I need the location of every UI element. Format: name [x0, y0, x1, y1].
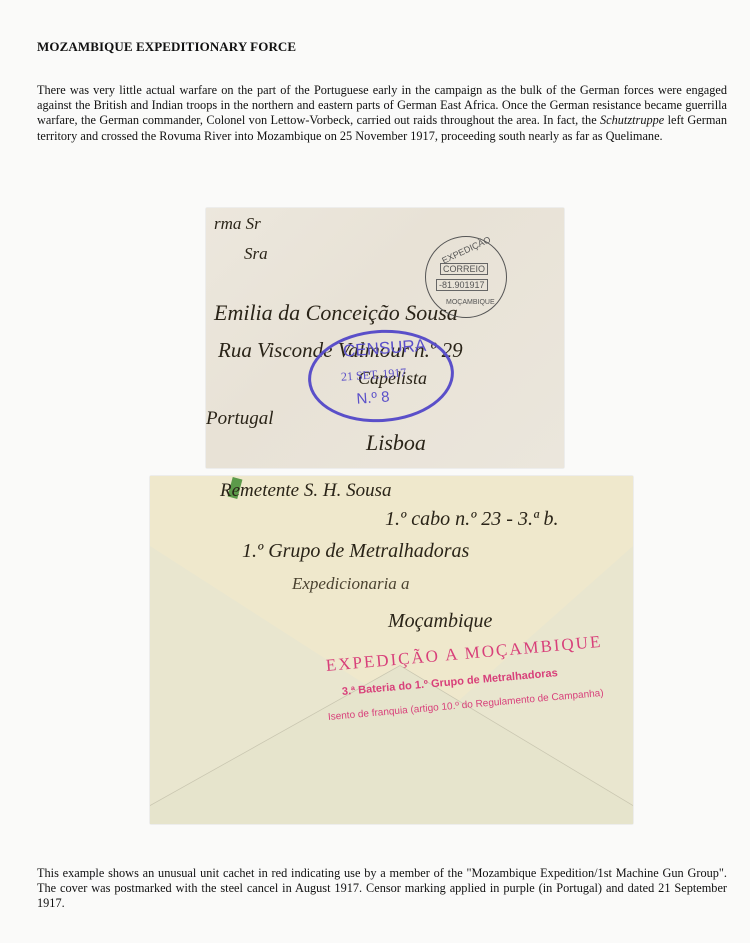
postmark-text: CORREIO: [440, 263, 488, 275]
handwriting-line: rma Sr: [214, 214, 261, 234]
page-title: MOZAMBIQUE EXPEDITIONARY FORCE: [37, 39, 296, 55]
caption-paragraph: This example shows an unusual unit cache…: [37, 866, 727, 912]
handwriting-line: Emilia da Conceição Sousa: [214, 300, 458, 326]
handwriting-line: Lisboa: [366, 430, 426, 456]
handwriting-line: Moçambique: [388, 610, 492, 633]
censor-number: N.º 8: [356, 388, 390, 407]
censor-text: CENSURA: [343, 336, 427, 362]
handwriting-line: Sra: [244, 244, 268, 264]
postmark-text: MOÇAMBIQUE: [446, 299, 495, 306]
handwriting-line: Expedicionaria a: [292, 574, 410, 594]
handwriting-line: 1.º cabo n.º 23 - 3.ª b.: [385, 508, 558, 531]
back-cover-image: Remetente S. H. Sousa 1.º cabo n.º 23 - …: [150, 476, 633, 824]
handwriting-line: 1.º Grupo de Metralhadoras: [242, 540, 469, 563]
censor-date: 21 SET. 1917: [340, 365, 406, 385]
postmark-text: EXPEDIÇÃO: [440, 234, 492, 265]
postmark-date: -81.901917: [436, 279, 488, 291]
intro-italic-term: Schutztruppe: [600, 113, 664, 127]
handwriting-line: Portugal: [206, 408, 274, 430]
postmark-stamp: EXPEDIÇÃO CORREIO -81.901917 MOÇAMBIQUE: [425, 236, 507, 318]
handwriting-line: Remetente S. H. Sousa: [220, 480, 391, 502]
intro-paragraph: There was very little actual warfare on …: [37, 83, 727, 144]
